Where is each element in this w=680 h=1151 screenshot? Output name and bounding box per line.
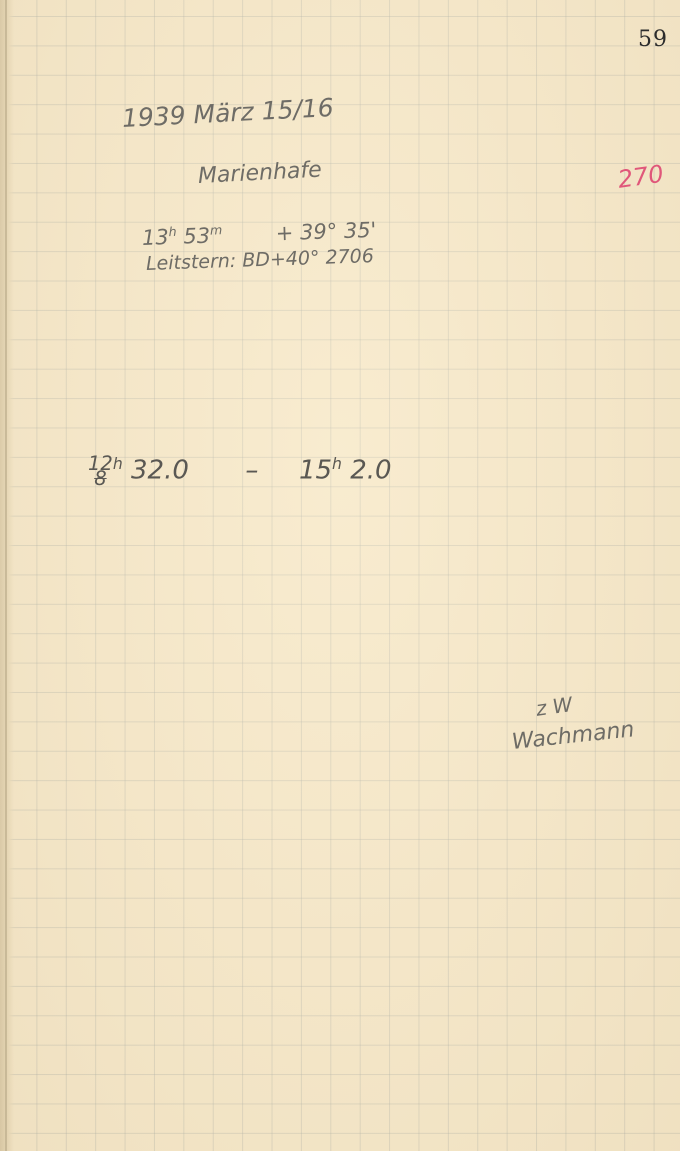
- minutes-unit: m: [210, 222, 223, 237]
- start-unit: h: [113, 455, 123, 473]
- declination: + 39° 35': [275, 218, 376, 245]
- start-hour-struck: 8: [94, 467, 106, 490]
- date-text: 1939 März 15/16: [121, 93, 334, 133]
- start-hour-correction: 12 8: [88, 456, 113, 487]
- guide-star-line: Leitstern: BD+40° 2706: [146, 245, 375, 275]
- binding-edge: [5, 0, 7, 1151]
- location-line: Marienhafe: [197, 158, 322, 189]
- location-text: Marienhafe: [197, 158, 322, 189]
- initials-text: z W: [534, 692, 574, 721]
- guide-star-note: Leitstern: BD+40° 2706: [146, 245, 375, 275]
- signature-text: Wachmann: [511, 717, 636, 755]
- page-number: 59: [638, 27, 668, 52]
- signature-initials: z W: [534, 692, 574, 721]
- signature-name: Wachmann: [511, 717, 636, 755]
- red-number-text: 270: [616, 160, 665, 194]
- start-minutes: 32.0: [131, 456, 189, 486]
- time-hours: 13: [142, 225, 170, 250]
- header-date-line: 1939 März 15/16: [121, 93, 334, 133]
- interval-dash: –: [245, 456, 258, 486]
- end-hours: 15: [299, 456, 332, 486]
- time-minutes: 53: [183, 224, 211, 249]
- end-unit: h: [332, 455, 342, 473]
- notebook-page: 59 270 1939 März 15/16 Marienhafe 13h 53…: [0, 0, 680, 1151]
- hours-unit: h: [168, 224, 177, 239]
- red-annotation-number: 270: [616, 160, 665, 194]
- observation-time-line: 13h 53m + 39° 35': [142, 217, 377, 250]
- end-minutes: 2.0: [350, 456, 391, 486]
- interval-line: 12 8 h 32.0 – 15h 2.0: [88, 455, 392, 487]
- paper-shading: [0, 0, 680, 1151]
